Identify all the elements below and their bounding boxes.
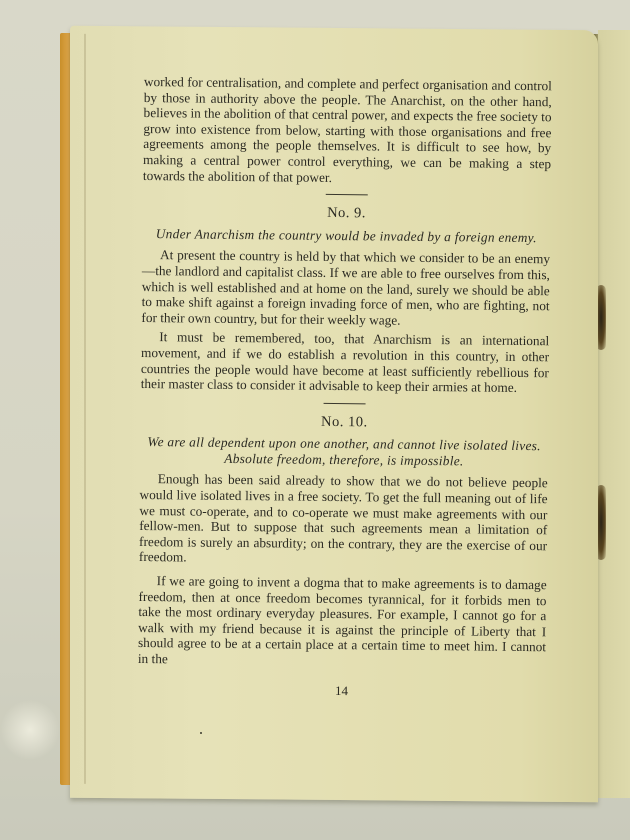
opening-paragraph: worked for centralisation, and complete … — [143, 74, 552, 187]
light-glare — [0, 700, 60, 760]
paragraph: Enough has been said already to show tha… — [139, 471, 548, 569]
section-heading: No. 10. — [140, 413, 548, 433]
section-no-10: No. 10. We are all dependent upon one an… — [138, 413, 549, 671]
section-divider — [324, 403, 366, 404]
paragraph: It must be remembered, too, that Anarchi… — [141, 329, 550, 396]
paragraph: At present the country is held by that w… — [141, 247, 550, 329]
section-heading: No. 9. — [142, 204, 550, 224]
section-claim: Under Anarchism the country would be inv… — [142, 226, 550, 246]
page-crease — [84, 34, 86, 784]
section-no-9: No. 9. Under Anarchism the country would… — [141, 204, 551, 396]
section-claim: We are all dependent upon one another, a… — [140, 434, 548, 469]
ink-speck — [200, 732, 202, 734]
facing-page-edge — [598, 30, 630, 798]
page-text-block: worked for centralisation, and complete … — [137, 74, 551, 700]
section-divider — [326, 194, 368, 195]
paragraph: If we are going to invent a dogma that t… — [138, 573, 547, 671]
